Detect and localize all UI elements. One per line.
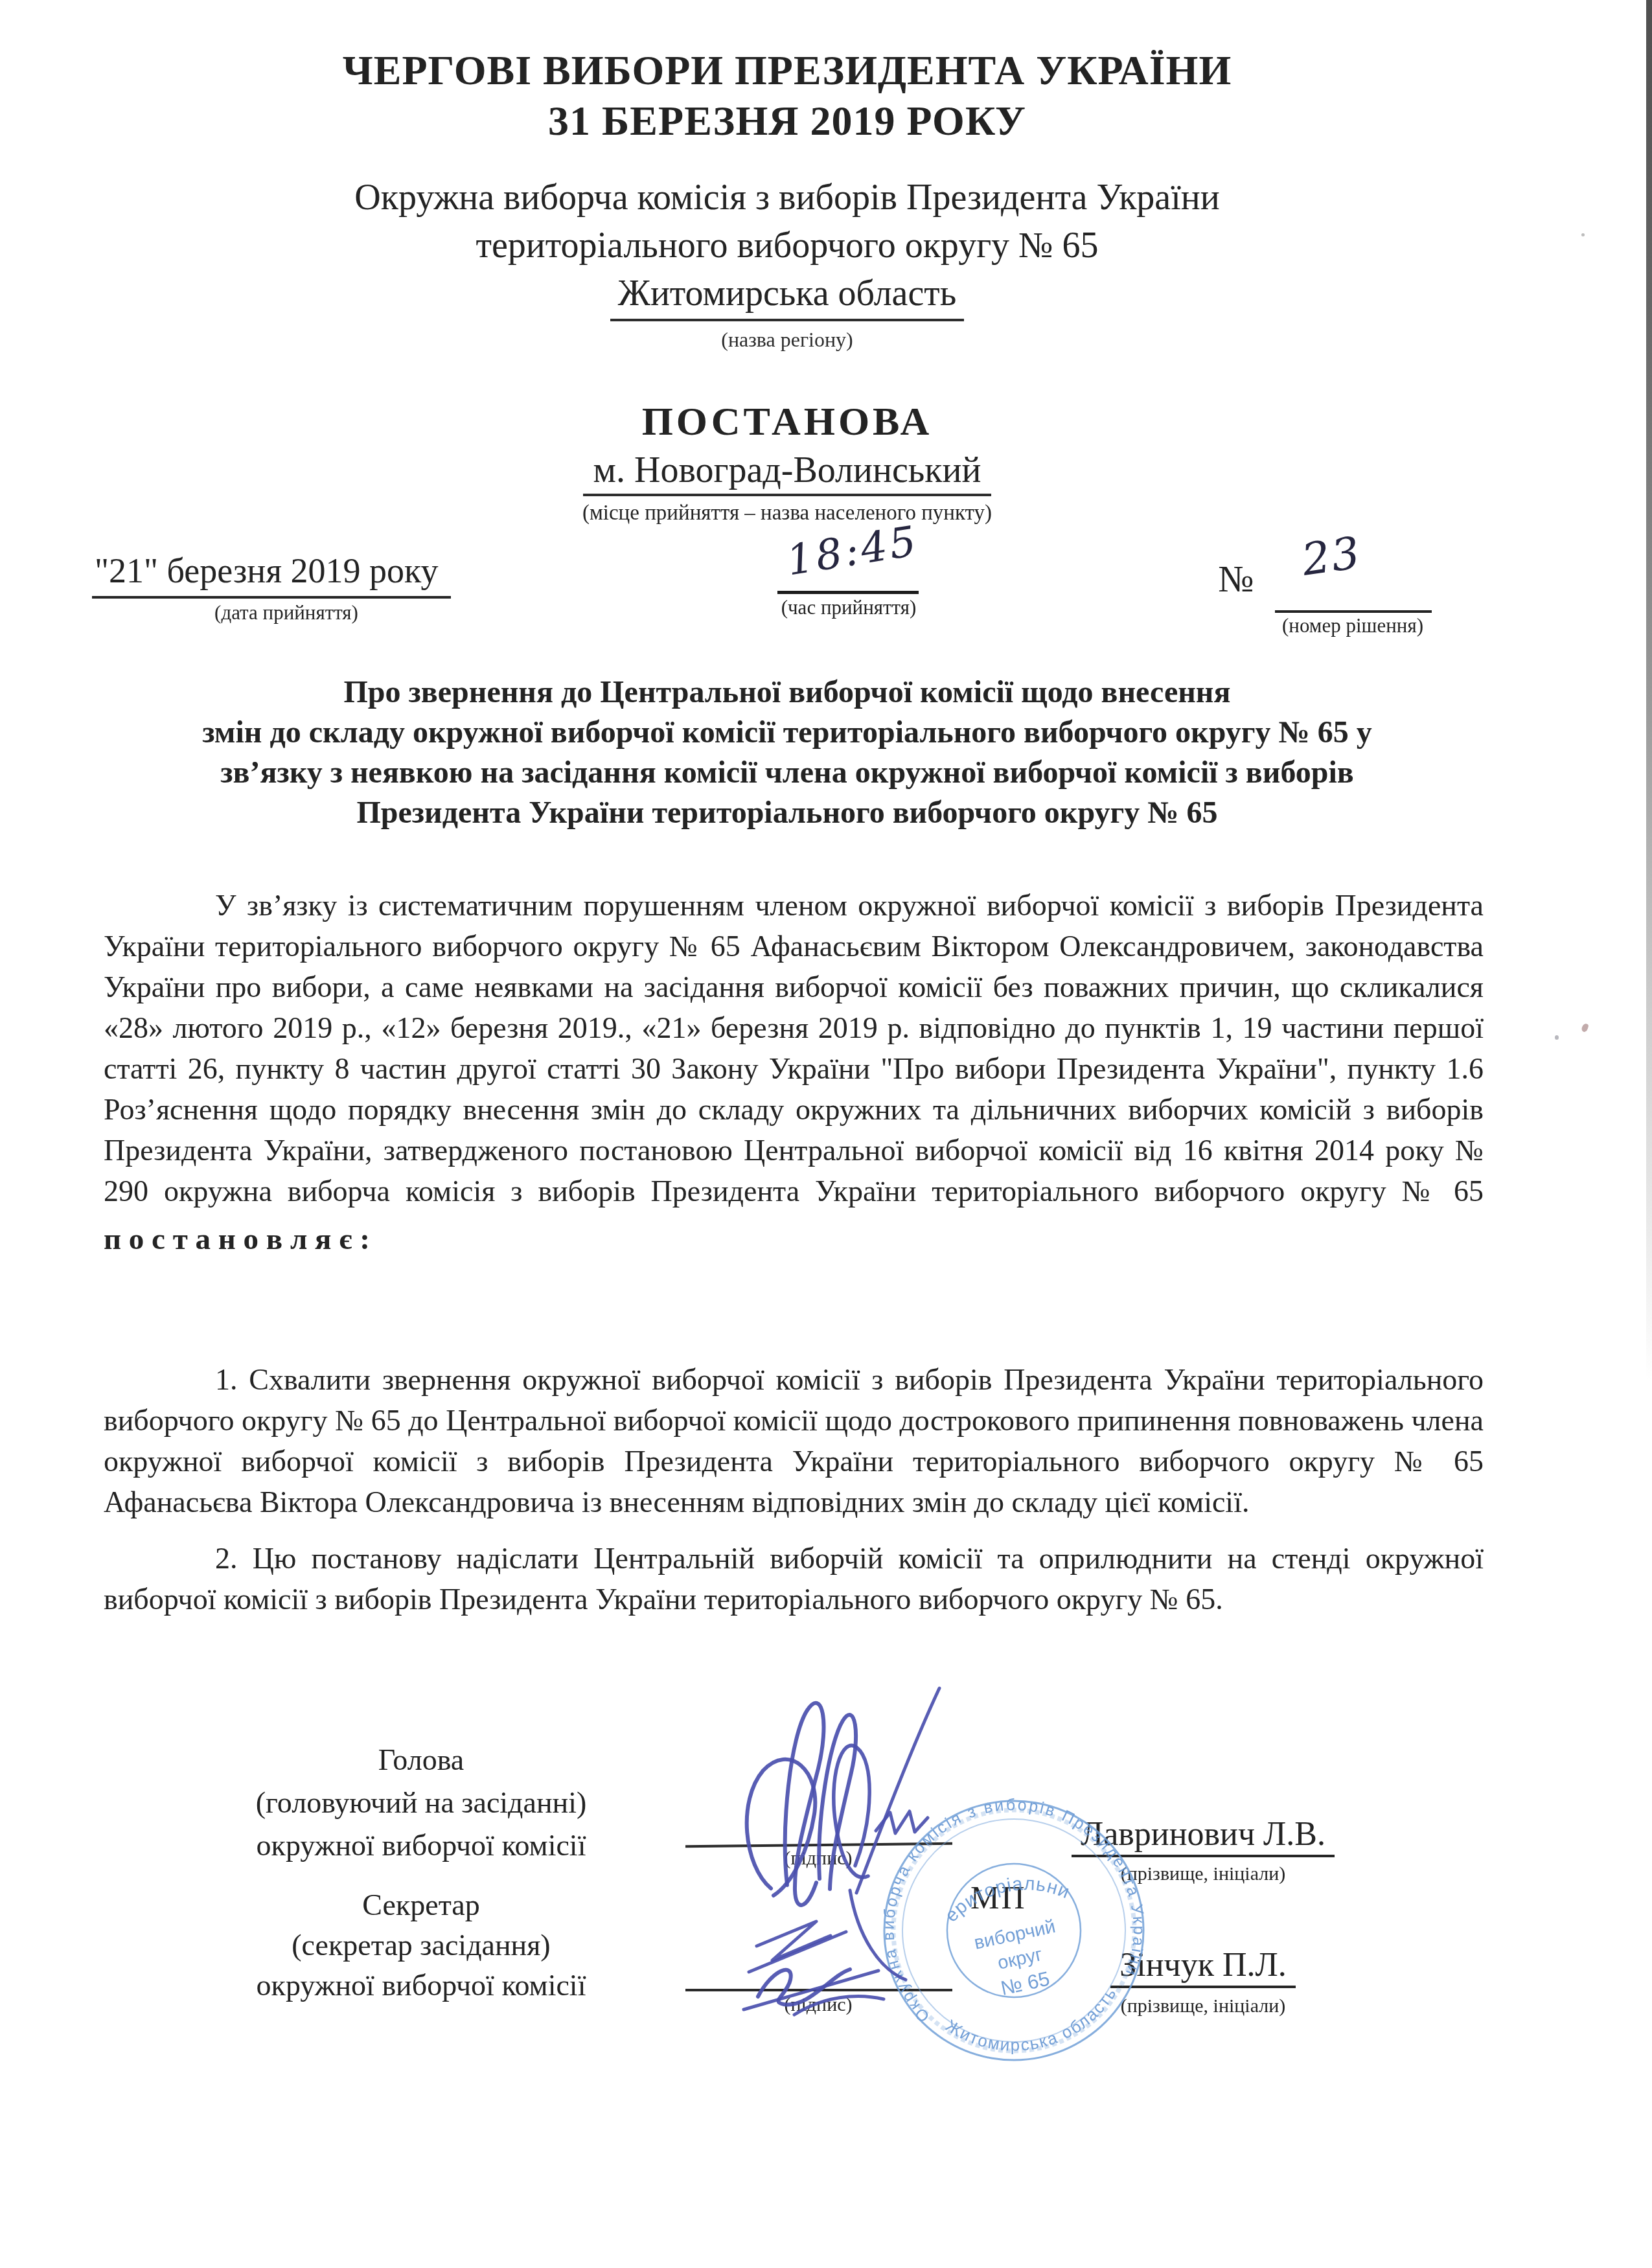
number-caption: (номер рішення) <box>1256 614 1450 637</box>
scan-speck <box>1581 1023 1589 1033</box>
ink-overlay: Окружна виборча комісія з виборів Презид… <box>661 1665 1153 2118</box>
secretary-signature-ink <box>744 1969 884 2015</box>
body-paragraph: У зв’язку із систематичним порушенням чл… <box>104 885 1484 1211</box>
body-block: У зв’язку із систематичним порушенням чл… <box>104 885 1484 1260</box>
date-cell: "21" березня 2019 року (дата прийняття) <box>92 551 520 624</box>
head-role-line3: окружної виборчої комісії <box>201 1824 641 1867</box>
items-block: 1. Схвалити звернення окружної виборчої … <box>104 1359 1484 1620</box>
scan-speck <box>1581 233 1585 236</box>
secretary-role-line2: (секретар засідання) <box>201 1925 641 1965</box>
scan-speck <box>1555 1035 1559 1040</box>
round-stamp-icon: Окружна виборча комісія з виборів Презид… <box>855 1770 1153 2085</box>
resolution-place-caption: (місце прийняття – назва населеного пунк… <box>32 501 1542 525</box>
number-handwritten-value: 23 <box>1299 527 1364 586</box>
resolution-title: ПОСТАНОВА <box>32 395 1542 448</box>
subject-line1: Про звернення до Центральної виборчої ко… <box>32 672 1542 713</box>
region-caption: (назва регіону) <box>32 326 1542 352</box>
time-rule-line <box>777 591 919 594</box>
head-role-block: Голова (головуючий на засіданні) окружно… <box>201 1739 641 1867</box>
resolves-line: п о с т а н о в л я є : <box>104 1219 1484 1260</box>
item-1: 1. Схвалити звернення окружної виборчої … <box>104 1359 1484 1522</box>
stamp-center-line2: виборчий <box>972 1916 1057 1954</box>
item-2: 2. Цю постанову надіслати Центральній ви… <box>104 1538 1484 1620</box>
head-role-line1: Голова <box>201 1739 641 1781</box>
number-cell: № 23 (номер рішення) <box>1218 545 1477 636</box>
commission-line1: Окружна виборча комісія з виборів Презид… <box>32 174 1542 222</box>
secretary-role-line3: окружної виборчої комісії <box>201 1965 641 2006</box>
region-name: Житомирська область <box>610 269 965 321</box>
resolution-place-text: м. Новоград-Волинський <box>583 450 992 496</box>
time-cell: 18:45 (час прийняття) <box>764 530 959 627</box>
date-value: "21" березня 2019 року <box>92 551 451 599</box>
time-caption: (час прийняття) <box>751 596 946 619</box>
subject-line4: Президента України територіального вибор… <box>32 793 1542 833</box>
number-rule-line <box>1275 610 1432 613</box>
number-sign: № <box>1218 557 1254 601</box>
secretary-role-line1: Секретар <box>201 1885 641 1925</box>
date-caption: (дата прийняття) <box>92 601 481 624</box>
commission-line2: територіального виборчого округу № 65 <box>32 222 1542 269</box>
subject-block: Про звернення до Центральної виборчої ко… <box>32 672 1542 833</box>
time-handwritten-value: 18:45 <box>783 517 921 585</box>
head-role-line2: (головуючий на засіданні) <box>201 1781 641 1824</box>
scanned-document-page: ЧЕРГОВІ ВИБОРИ ПРЕЗИДЕНТА УКРАЇНИ 31 БЕР… <box>0 0 1652 2268</box>
commission-block: Окружна виборча комісія з виборів Презид… <box>32 174 1542 352</box>
region-line: Житомирська область <box>32 269 1542 321</box>
head-signature-ink <box>747 1688 939 1980</box>
secretary-role-block: Секретар (секретар засідання) окружної в… <box>201 1885 641 2006</box>
subject-line3: зв’язку з неявкою на засідання комісії ч… <box>32 753 1542 793</box>
scan-edge-shadow <box>1646 0 1652 1684</box>
resolution-heading: ПОСТАНОВА м. Новоград-Волинський (місце … <box>32 395 1542 525</box>
subject-line2: змін до складу окружної виборчої комісії… <box>32 713 1542 753</box>
election-header-line1: ЧЕРГОВІ ВИБОРИ ПРЕЗИДЕНТА УКРАЇНИ <box>32 45 1542 96</box>
election-header: ЧЕРГОВІ ВИБОРИ ПРЕЗИДЕНТА УКРАЇНИ 31 БЕР… <box>32 45 1542 146</box>
election-header-line2: 31 БЕРЕЗНЯ 2019 РОКУ <box>32 96 1542 146</box>
resolution-place: м. Новоград-Волинський <box>32 450 1542 496</box>
